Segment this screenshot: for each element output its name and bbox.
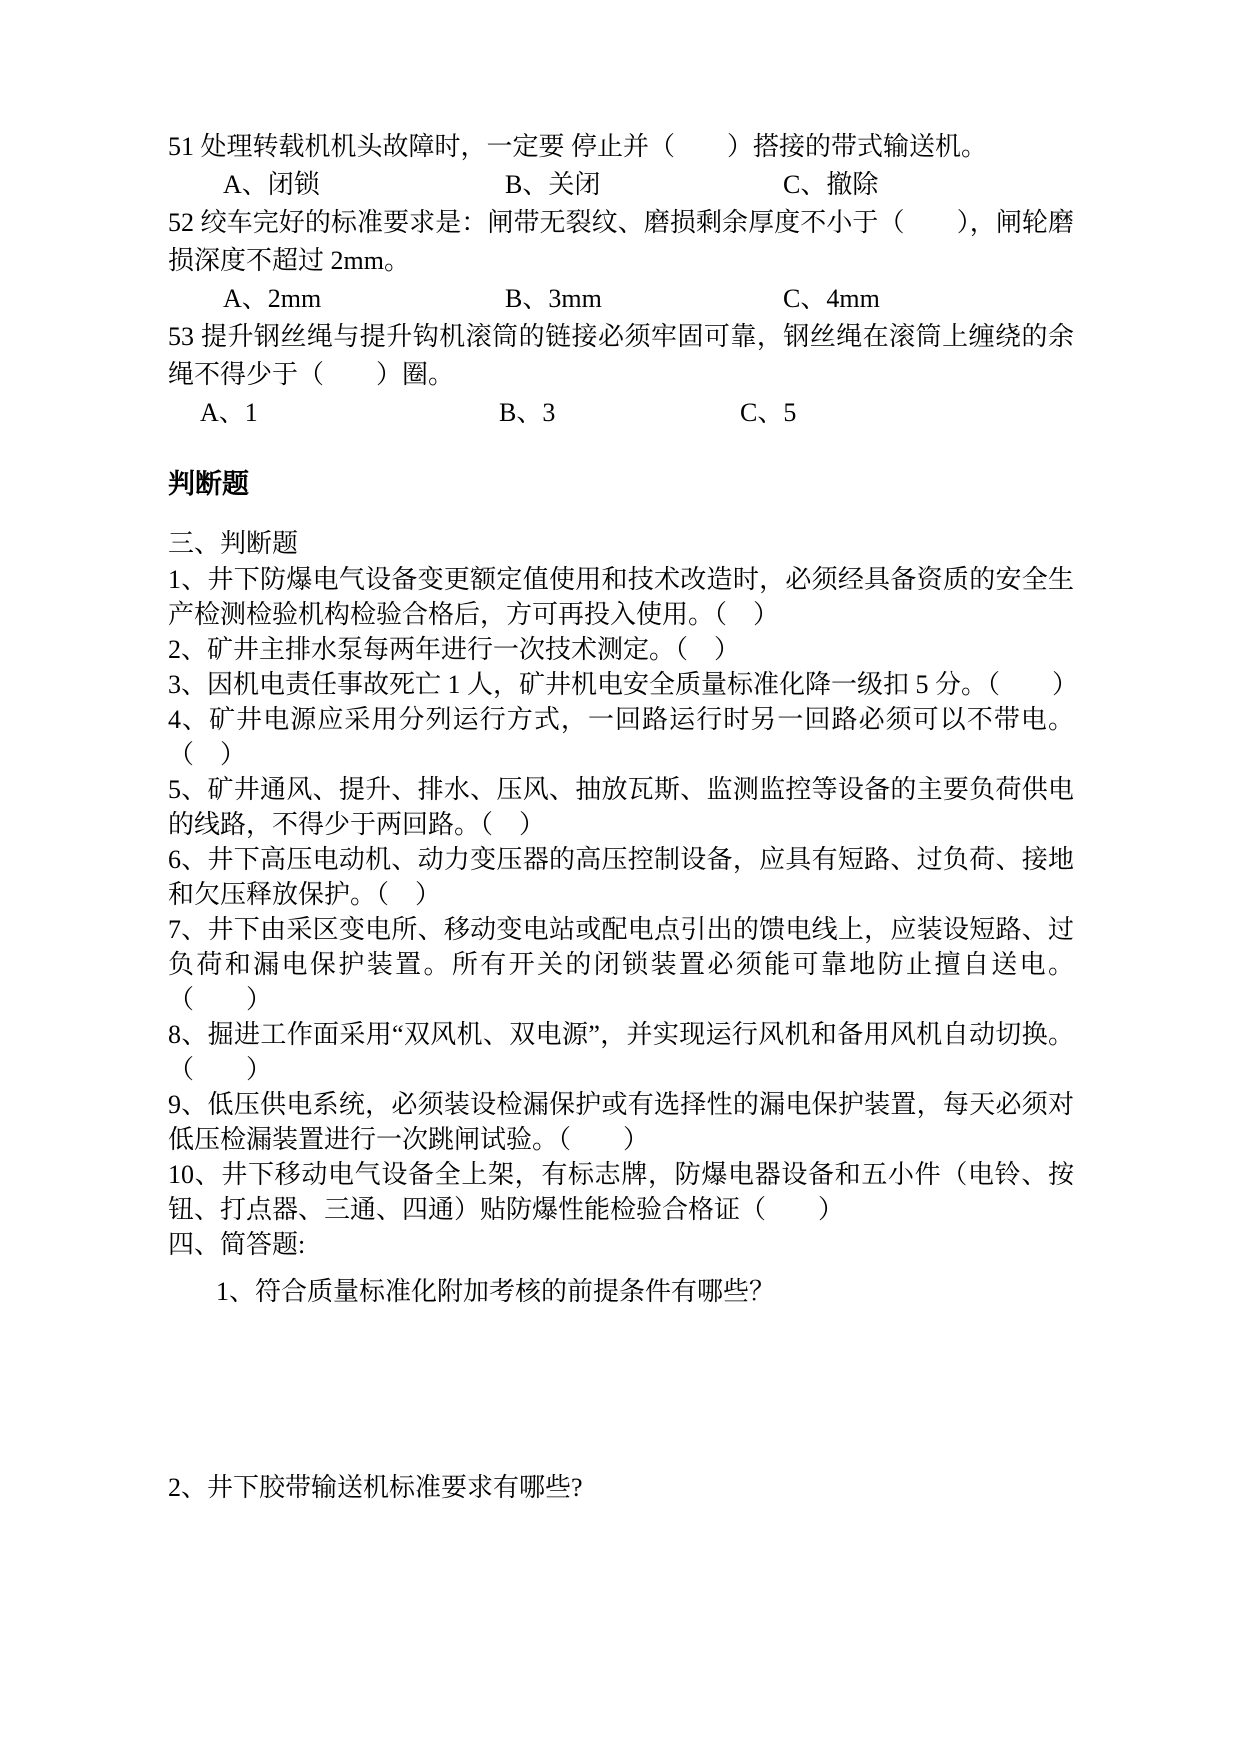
option-53-c: C、5 [740, 394, 796, 432]
question-51-options: A、闭锁 B、关闭 C、撤除 [168, 166, 1074, 204]
option-51-b: B、关闭 [505, 166, 783, 204]
short-answer-heading: 四、简答题: [168, 1227, 1074, 1262]
question-52-options: A、2mm B、3mm C、4mm [168, 280, 1074, 318]
multiple-choice-section: 51 处理转载机机头故障时，一定要 停止并（ ）搭接的带式输送机。 A、闭锁 B… [168, 128, 1074, 432]
judgment-item-10: 10、井下移动电气设备全上架，有标志牌，防爆电器设备和五小件（电铃、按钮、打点器… [168, 1157, 1074, 1227]
option-53-b: B、3 [499, 394, 740, 432]
option-52-c: C、4mm [783, 280, 880, 318]
judgment-item-2: 2、矿井主排水泵每两年进行一次技术测定。（ ） [168, 632, 1074, 667]
judgment-section-heading: 判断题 [168, 464, 1074, 504]
judgment-item-4: 4、矿井电源应采用分列运行方式，一回路运行时另一回路必须可以不带电。（ ） [168, 702, 1074, 772]
option-52-a: A、2mm [223, 280, 505, 318]
judgment-item-7: 7、井下由采区变电所、移动变电站或配电点引出的馈电线上，应装设短路、过负荷和漏电… [168, 912, 1074, 1017]
judgment-item-3: 3、因机电责任事故死亡 1 人，矿井机电安全质量标准化降一级扣 5 分。（ ） [168, 667, 1074, 702]
option-52-b: B、3mm [505, 280, 783, 318]
judgment-item-9: 9、低压供电系统，必须装设检漏保护或有选择性的漏电保护装置，每天必须对低压检漏装… [168, 1087, 1074, 1157]
question-52-text: 52 绞车完好的标准要求是：闸带无裂纹、磨损剩余厚度不小于（ ），闸轮磨损深度不… [168, 204, 1074, 280]
judgment-section: 判断题 三、判断题 1、井下防爆电气设备变更额定值使用和技术改造时，必须经具备资… [168, 464, 1074, 1227]
document-page: 51 处理转载机机头故障时，一定要 停止并（ ）搭接的带式输送机。 A、闭锁 B… [0, 0, 1241, 1754]
judgment-item-1: 1、井下防爆电气设备变更额定值使用和技术改造时，必须经具备资质的安全生产检测检验… [168, 562, 1074, 632]
short-answer-question-1: 1、符合质量标准化附加考核的前提条件有哪些？ [168, 1274, 1074, 1310]
question-53-text: 53 提升钢丝绳与提升钩机滚筒的链接必须牢固可靠，钢丝绳在滚筒上缠绕的余绳不得少… [168, 318, 1074, 394]
option-53-a: A、1 [200, 394, 499, 432]
judgment-item-6: 6、井下高压电动机、动力变压器的高压控制设备，应具有短路、过负荷、接地和欠压释放… [168, 842, 1074, 912]
question-51-text: 51 处理转载机机头故障时，一定要 停止并（ ）搭接的带式输送机。 [168, 128, 1074, 166]
option-51-c: C、撤除 [783, 166, 878, 204]
judgment-section-subheading: 三、判断题 [168, 526, 1074, 562]
judgment-item-8: 8、掘进工作面采用“双风机、双电源”，并实现运行风机和备用风机自动切换。（ ） [168, 1017, 1074, 1087]
question-53-options: A、1 B、3 C、5 [168, 394, 1074, 432]
option-51-a: A、闭锁 [223, 166, 505, 204]
judgment-item-5: 5、矿井通风、提升、排水、压风、抽放瓦斯、监测监控等设备的主要负荷供电的线路，不… [168, 772, 1074, 842]
short-answer-question-2: 2、井下胶带输送机标准要求有哪些? [168, 1470, 1074, 1506]
short-answer-section: 四、简答题: 1、符合质量标准化附加考核的前提条件有哪些？ 2、井下胶带输送机标… [168, 1227, 1074, 1506]
document-content: 51 处理转载机机头故障时，一定要 停止并（ ）搭接的带式输送机。 A、闭锁 B… [168, 128, 1074, 1506]
